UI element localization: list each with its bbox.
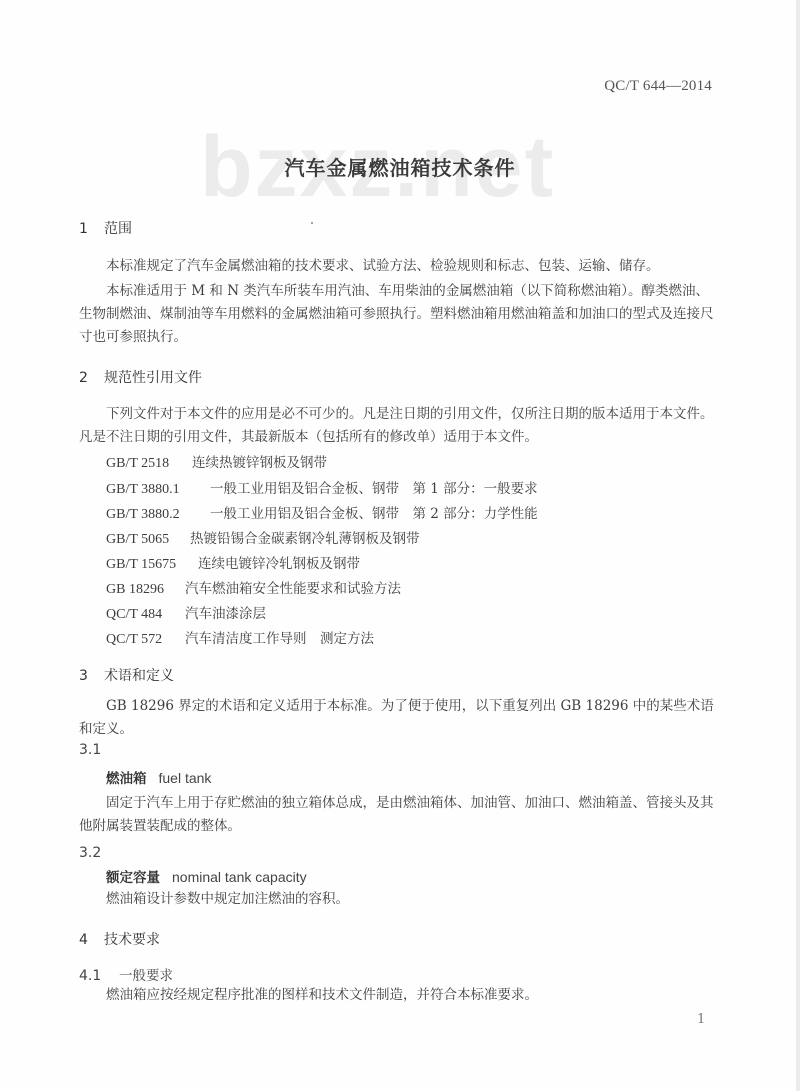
reference-item: GB/T 5065热镀铅锡合金碳素钢冷轧薄钢板及钢带: [106, 527, 420, 548]
subsection-title: 一般要求: [119, 968, 173, 984]
term-english: fuel tank: [159, 770, 212, 786]
scan-speck: [311, 222, 313, 224]
subsection-number: 4.1: [79, 968, 119, 984]
section-title: 技术要求: [104, 932, 160, 948]
section-3-heading: 3术语和定义: [79, 665, 174, 685]
page-number: 1: [697, 1012, 705, 1027]
section-1-heading: 1范围: [79, 218, 132, 238]
reference-title: 汽车清洁度工作导则 测定方法: [185, 631, 374, 647]
reference-item: GB/T 3880.2一般工业用铝及铝合金板、钢带 第 2 部分：力学性能: [106, 502, 538, 523]
term-heading: 燃油箱fuel tank: [106, 767, 211, 787]
document-page: QC/T 644—2014 bzxz.net 汽车金属燃油箱技术条件 1范围 本…: [0, 0, 800, 1091]
term-definition: 固定于汽车上用于存贮燃油的独立箱体总成，是由燃油箱体、加油管、加油口、燃油箱盖、…: [79, 792, 715, 838]
document-title: 汽车金属燃油箱技术条件: [0, 152, 800, 181]
reference-code: GB/T 15675: [106, 557, 198, 573]
reference-item: QC/T 572汽车清洁度工作导则 测定方法: [106, 627, 374, 648]
section-number: 3: [79, 668, 104, 684]
reference-item: GB/T 3880.1一般工业用铝及铝合金板、钢带 第 1 部分：一般要求: [106, 477, 538, 498]
section-title: 范围: [104, 221, 132, 237]
section-number: 2: [79, 370, 104, 386]
reference-code: QC/T 484: [106, 607, 185, 623]
reference-code: QC/T 572: [106, 632, 185, 648]
section-title: 术语和定义: [104, 668, 174, 684]
section-1-paragraph-1: 本标准规定了汽车金属燃油箱的技术要求、试验方法、检验规则和标志、包装、运输、储存…: [79, 255, 715, 278]
reference-code: GB/T 3880.1: [106, 482, 210, 498]
reference-title: 一般工业用铝及铝合金板、钢带 第 1 部分：一般要求: [210, 481, 538, 497]
reference-title: 汽车燃油箱安全性能要求和试验方法: [185, 581, 401, 597]
term-number: 3.1: [79, 742, 101, 758]
section-1-paragraph-2: 本标准适用于 M 和 N 类汽车所装车用汽油、车用柴油的金属燃油箱（以下简称燃油…: [79, 280, 715, 349]
section-number: 1: [79, 221, 104, 237]
reference-code: GB 18296: [106, 582, 185, 598]
subsection-4-1-heading: 4.1一般要求: [79, 964, 173, 984]
section-title: 规范性引用文件: [104, 370, 202, 386]
reference-title: 一般工业用铝及铝合金板、钢带 第 2 部分：力学性能: [210, 506, 538, 522]
document-code: QC/T 644—2014: [604, 78, 712, 95]
term-english: nominal tank capacity: [172, 869, 307, 885]
reference-title: 热镀铅锡合金碳素钢冷轧薄钢板及钢带: [190, 531, 420, 547]
reference-item: QC/T 484汽车油漆涂层: [106, 602, 266, 623]
section-2-intro: 下列文件对于本文件的应用是必不可少的。凡是注日期的引用文件，仅所注日期的版本适用…: [79, 403, 715, 449]
reference-title: 汽车油漆涂层: [185, 606, 266, 622]
reference-title: 连续电镀锌冷轧钢板及钢带: [198, 556, 360, 572]
subsection-4-1-text: 燃油箱应按经规定程序批准的图样和技术文件制造，并符合本标准要求。: [79, 984, 715, 1007]
reference-item: GB 18296汽车燃油箱安全性能要求和试验方法: [106, 577, 401, 598]
section-4-heading: 4技术要求: [79, 929, 160, 949]
reference-item: GB/T 2518连续热镀锌钢板及钢带: [106, 451, 327, 472]
term-chinese: 额定容量: [106, 870, 160, 886]
term-number: 3.2: [79, 845, 101, 861]
reference-code: GB/T 3880.2: [106, 507, 210, 523]
term-heading: 额定容量nominal tank capacity: [106, 866, 307, 886]
term-chinese: 燃油箱: [106, 771, 147, 787]
section-number: 4: [79, 932, 104, 948]
section-3-intro: GB 18296 界定的术语和定义适用于本标准。为了便于使用，以下重复列出 GB…: [79, 695, 715, 741]
reference-code: GB/T 2518: [106, 456, 192, 472]
term-definition: 燃油箱设计参数中规定加注燃油的容积。: [79, 888, 715, 911]
reference-code: GB/T 5065: [106, 532, 190, 548]
section-2-heading: 2规范性引用文件: [79, 367, 202, 387]
reference-title: 连续热镀锌钢板及钢带: [192, 455, 327, 471]
reference-item: GB/T 15675连续电镀锌冷轧钢板及钢带: [106, 552, 360, 573]
